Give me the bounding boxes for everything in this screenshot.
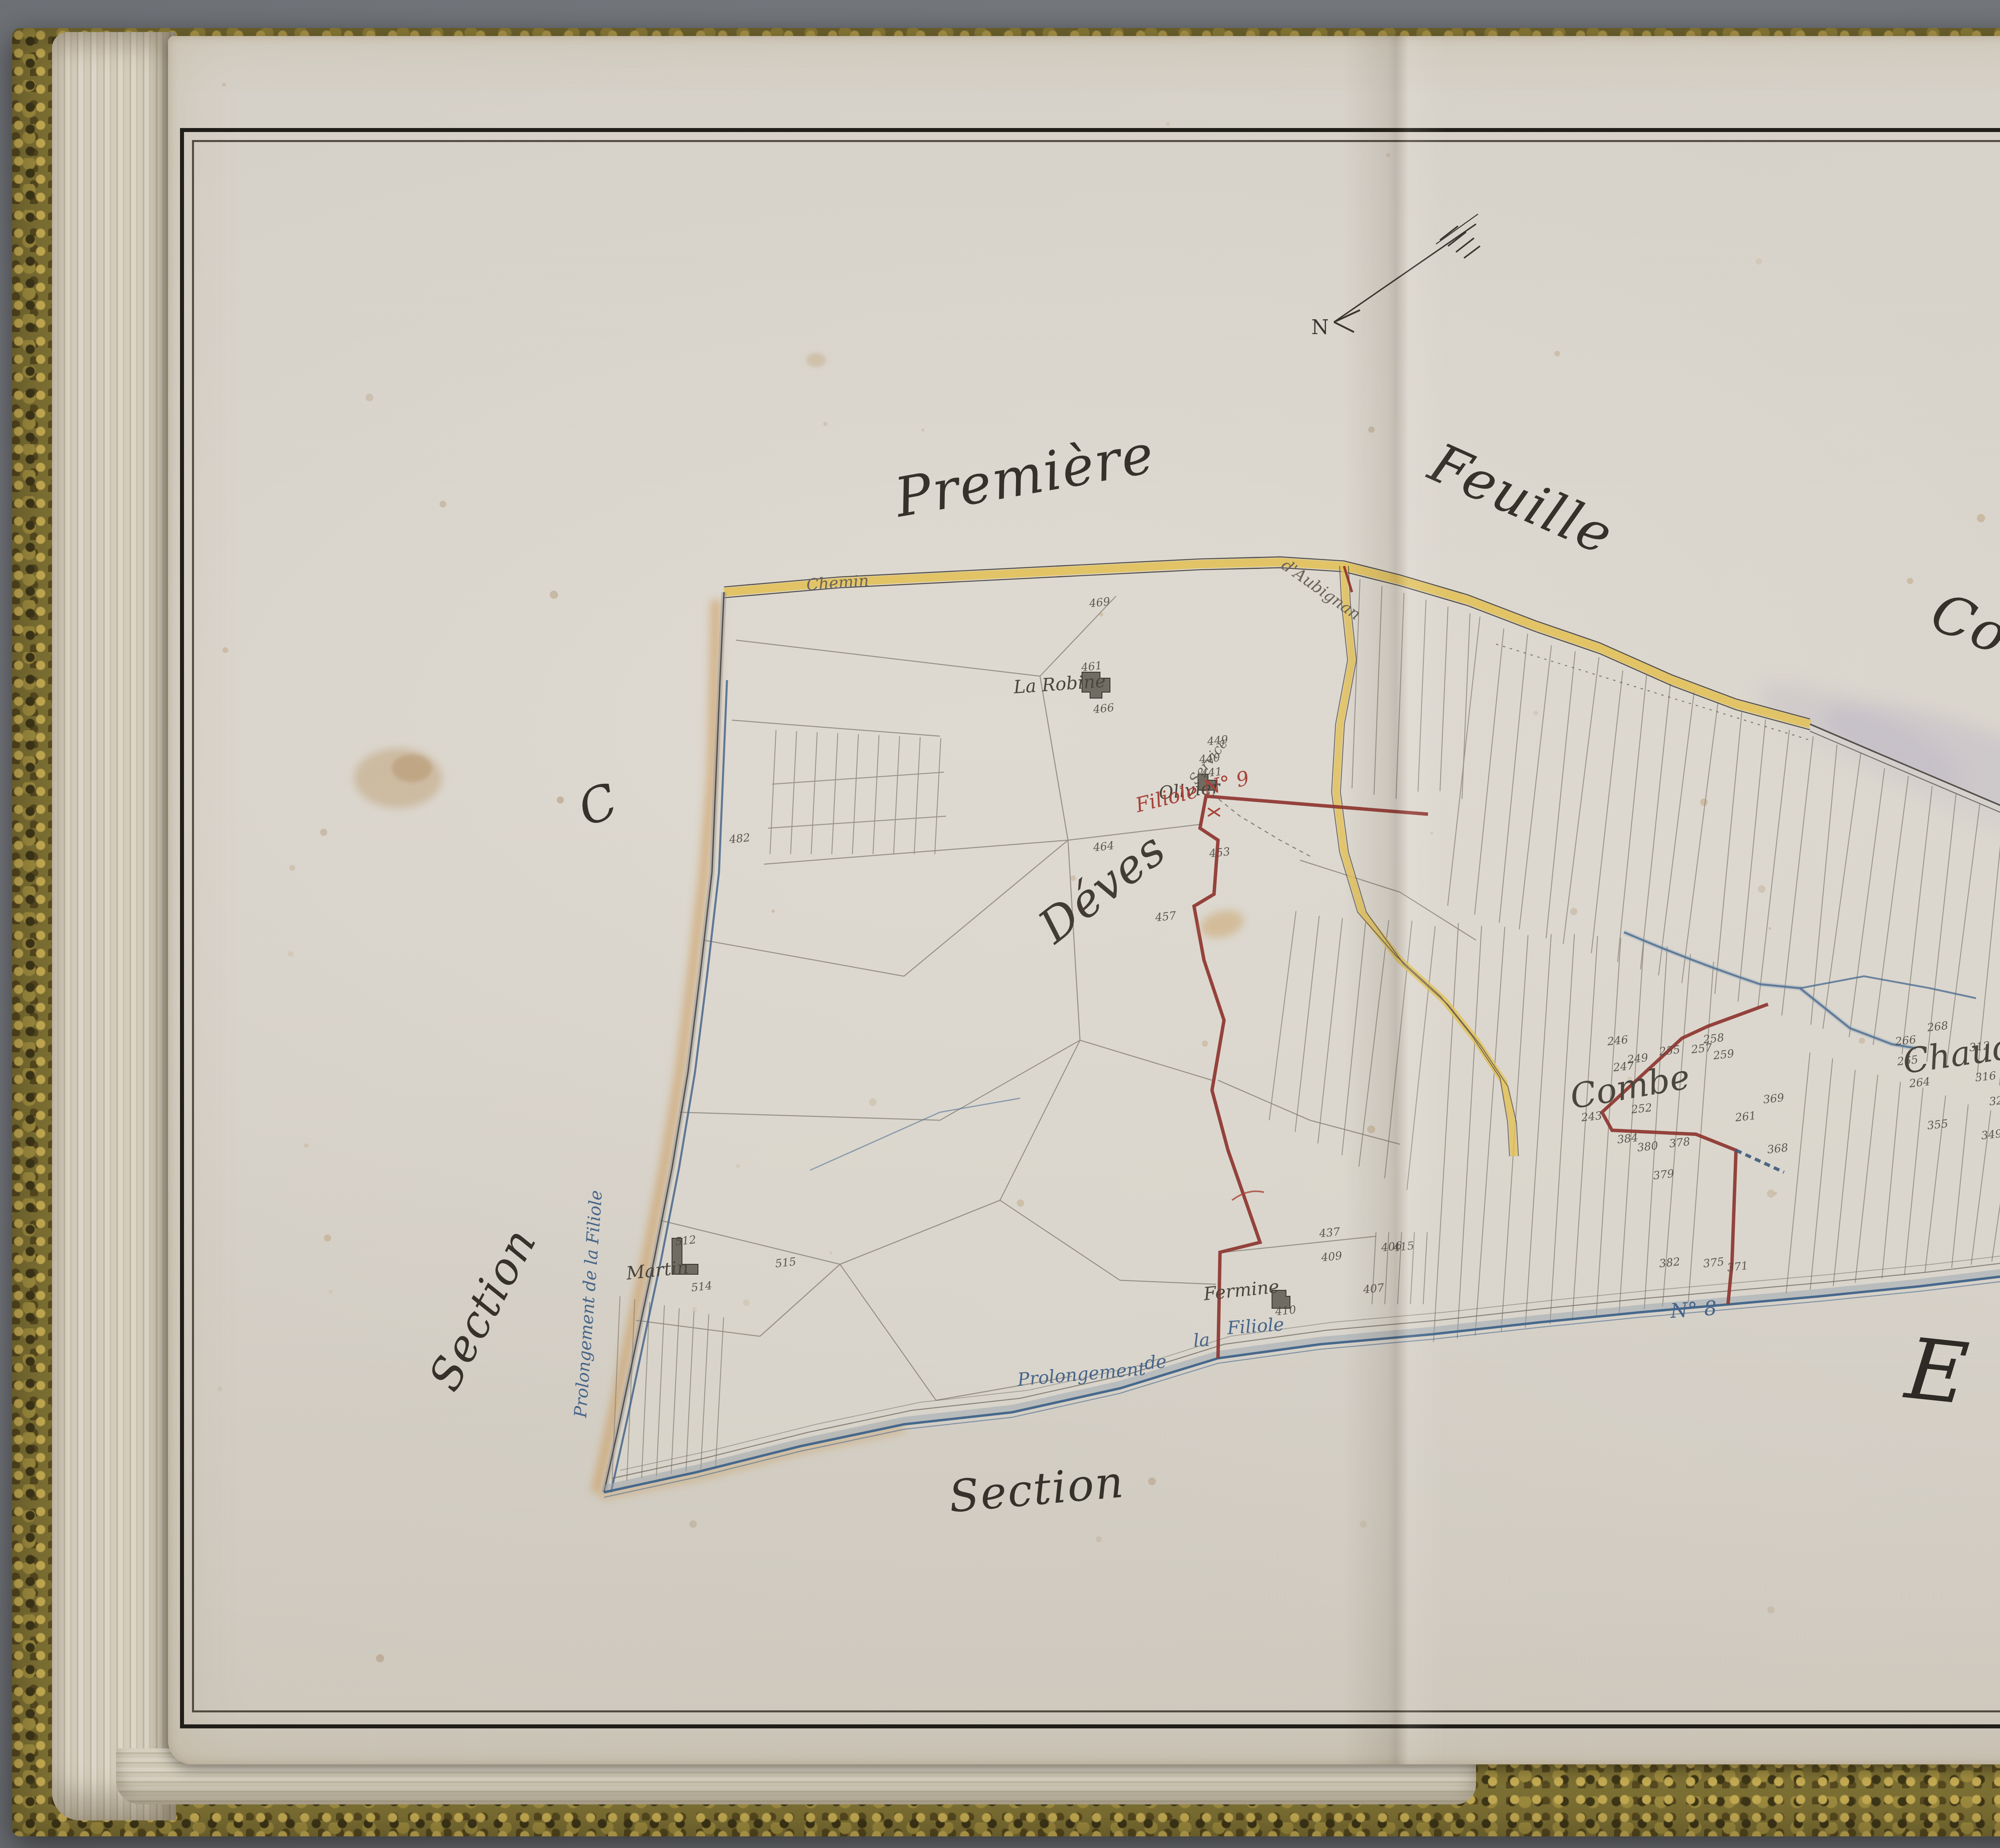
parcel-number-261: 261 (1734, 1109, 1757, 1124)
stage: PremièreFeuilleCommunedeMonteuxSectionSe… (0, 0, 2000, 1848)
parcel-number-246: 246 (1606, 1033, 1629, 1048)
label-adjacent-e: E (1900, 1319, 1973, 1424)
parcel-number-382: 382 (1658, 1255, 1681, 1270)
label-premiere: Première (889, 422, 1159, 530)
parcel-number-409: 409 (1320, 1249, 1343, 1264)
parcel-number-324: 324 (1988, 1093, 2000, 1108)
label-section-left: Section (419, 1219, 546, 1399)
foxing-spot (772, 910, 775, 913)
center-fold-shadow (1344, 36, 1448, 1764)
label-section-bottom: Section (947, 1456, 1126, 1522)
foxing-spot (1202, 1041, 1208, 1047)
foxing-spot (736, 1164, 740, 1168)
parcel-number-461: 461 (1080, 659, 1103, 674)
foxing-spot (550, 591, 558, 599)
foxing-spot (1166, 122, 1170, 126)
parcel-number-437: 437 (1318, 1225, 1341, 1240)
foxing-spot (557, 796, 564, 803)
parcel-number-349: 349 (1980, 1127, 2000, 1142)
foxing-spot (376, 1654, 384, 1662)
parcel-number-243: 243 (1580, 1109, 1603, 1124)
foxing-spot (329, 1289, 333, 1293)
foxing-spot (1700, 798, 1708, 806)
parcel-number-368: 368 (1766, 1141, 1789, 1156)
parcel-number-512: 512 (674, 1233, 697, 1248)
parcel-number-375: 375 (1702, 1255, 1725, 1270)
foxing-spot (922, 428, 924, 431)
label-feuille-top: Feuille (1419, 430, 1622, 567)
foxing-spot (1977, 514, 1985, 522)
foxing-spot (1570, 908, 1577, 915)
parcel-number-514: 514 (690, 1279, 713, 1294)
foxing-spot (1859, 1037, 1865, 1044)
foxing-spot (692, 1307, 697, 1312)
parcel-number-369: 369 (1762, 1091, 1785, 1106)
parcel-number-378: 378 (1668, 1135, 1691, 1150)
foxing-spot (217, 1387, 222, 1392)
label-n8: N° 8 (1669, 1296, 1718, 1323)
parcel-number-259: 259 (1712, 1047, 1735, 1062)
foxing-spot (1096, 1536, 1102, 1542)
parcel-number-464: 464 (1092, 839, 1115, 854)
foxing-spot (1017, 1199, 1024, 1207)
parcel-number-515: 515 (774, 1255, 797, 1270)
foxing-spot (289, 865, 295, 871)
foxing-spot (1533, 711, 1538, 715)
parcel-number-453: 453 (1208, 845, 1231, 860)
parcel-number-482: 482 (728, 831, 751, 846)
parcel-number-264: 264 (1908, 1075, 1931, 1090)
foxing-spot (320, 829, 327, 836)
foxing-spot (743, 1299, 750, 1306)
foxing-spot (222, 83, 226, 87)
parcel-number-265: 265 (1896, 1053, 1919, 1068)
parcel-number-466: 466 (1092, 701, 1115, 716)
foxing-spot (1554, 351, 1560, 356)
foxing-spot (1767, 1606, 1774, 1614)
parcel-number-252: 252 (1630, 1101, 1653, 1116)
parcel-number-384: 384 (1616, 1131, 1639, 1146)
parcel-number-457: 457 (1154, 909, 1177, 924)
foxing-spot (1099, 612, 1103, 616)
parcel-number-469: 469 (1088, 595, 1111, 610)
parcel-number-258: 258 (1702, 1031, 1725, 1046)
label-north-n: N (1311, 316, 1329, 339)
foxing-spot (689, 1520, 697, 1528)
parcel-number-268: 268 (1926, 1019, 1949, 1034)
foxing-spot (324, 1234, 331, 1241)
foxing-spot (366, 394, 373, 401)
foxing-spot (1774, 1192, 1777, 1195)
label-de-stream: de (1144, 1351, 1168, 1374)
parcel-number-312: 312 (1968, 1039, 1991, 1054)
foxing-spot (869, 1098, 877, 1106)
parcel-number-255: 255 (1658, 1043, 1681, 1058)
foxing-spot (1767, 1189, 1775, 1197)
foxing-spot (830, 1251, 832, 1254)
foxing-spot (1756, 258, 1762, 265)
parcel-number-410: 410 (1274, 1303, 1297, 1318)
foxing-spot (1907, 578, 1913, 584)
parcel-number-266: 266 (1894, 1033, 1917, 1048)
parcel-number-440: 440 (1198, 751, 1221, 766)
parcel-number-371: 371 (1726, 1259, 1749, 1274)
foxing-spot (1758, 885, 1766, 893)
foxing-spot (288, 951, 293, 957)
label-adjacent-c: C (571, 772, 626, 837)
label-la-stream: la (1193, 1329, 1211, 1351)
foxing-spot (823, 422, 828, 426)
foxing-spot (222, 647, 228, 653)
parcel-number-379: 379 (1652, 1167, 1675, 1182)
cadastral-map-drawing: PremièreFeuilleCommunedeMonteuxSectionSe… (0, 0, 2000, 1848)
parcel-number-355: 355 (1926, 1117, 1949, 1132)
parcel-number-316: 316 (1974, 1069, 1997, 1084)
parcel-number-449: 449 (1206, 733, 1229, 748)
label-prolong-west: Prolongement de la Filiole (571, 1189, 606, 1419)
foxing-spot (304, 1143, 309, 1148)
foxing-spot (1768, 927, 1771, 930)
photo-of-atlas: PremièreFeuilleCommunedeMonteuxSectionSe… (0, 0, 2000, 1848)
parcel-number-247: 247 (1612, 1059, 1635, 1074)
parcel-number-441: 441 (1200, 765, 1223, 780)
foxing-spot (1148, 1478, 1156, 1486)
parcel-number-380: 380 (1636, 1139, 1659, 1154)
foxing-spot (440, 501, 446, 507)
